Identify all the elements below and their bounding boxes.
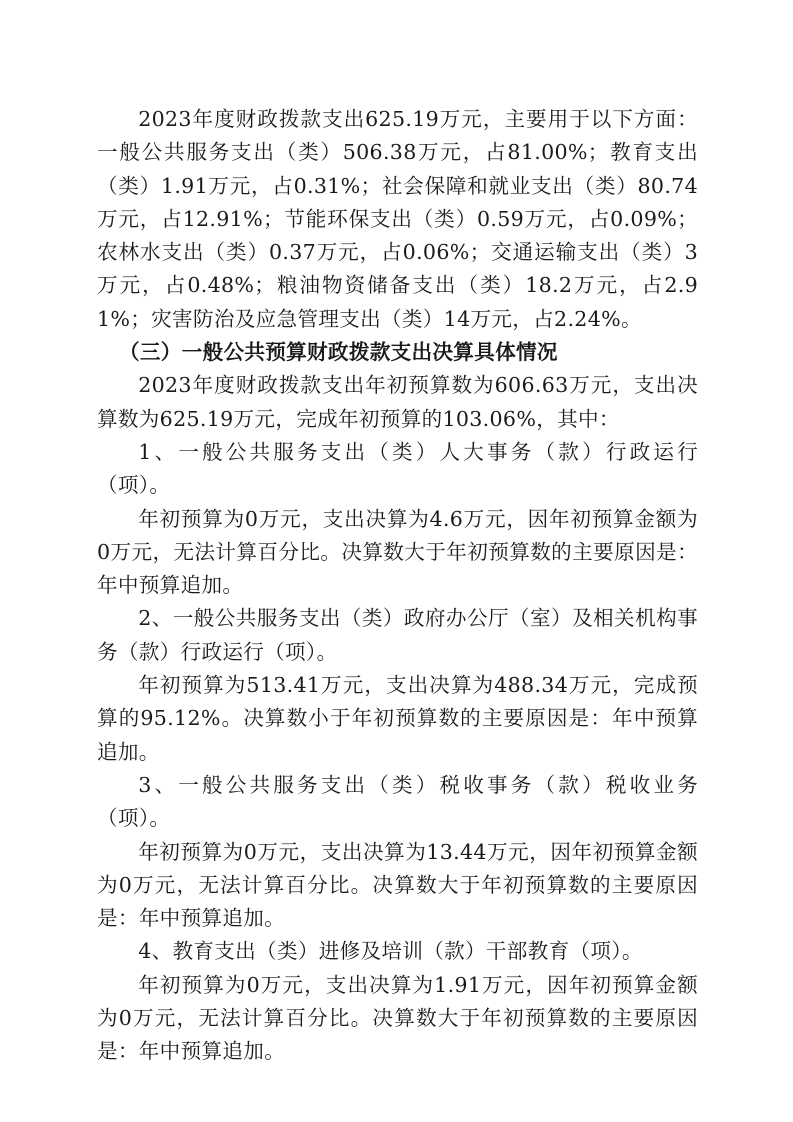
document-page: 2023年度财政拨款支出625.19万元，主要用于以下方面：一般公共服务支出（类…	[97, 103, 698, 1069]
item-heading-4: 4、教育支出（类）进修及培训（款）干部教育（项）。	[97, 935, 698, 968]
paragraph-item-1-detail: 年初预算为0万元，支出决算为4.6万元，因年初预算金额为0万元，无法计算百分比。…	[97, 503, 698, 603]
paragraph-expenditure-summary: 2023年度财政拨款支出625.19万元，主要用于以下方面：一般公共服务支出（类…	[97, 103, 698, 336]
item-heading-1: 1、一般公共服务支出（类）人大事务（款）行政运行（项）。	[97, 436, 698, 503]
paragraph-item-2-detail: 年初预算为513.41万元，支出决算为488.34万元，完成预算的95.12%。…	[97, 669, 698, 769]
paragraph-item-3-detail: 年初预算为0万元，支出决算为13.44万元，因年初预算金额为0万元，无法计算百分…	[97, 836, 698, 936]
section-heading-general-budget-details: （三）一般公共预算财政拨款支出决算具体情况	[97, 336, 698, 369]
item-heading-2: 2、一般公共服务支出（类）政府办公厅（室）及相关机构事务（款）行政运行（项）。	[97, 602, 698, 669]
paragraph-budget-overview: 2023年度财政拨款支出年初预算数为606.63万元，支出决算数为625.19万…	[97, 369, 698, 436]
paragraph-item-4-detail: 年初预算为0万元，支出决算为1.91万元，因年初预算金额为0万元，无法计算百分比…	[97, 969, 698, 1069]
item-heading-3: 3、一般公共服务支出（类）税收事务（款）税收业务（项）。	[97, 769, 698, 836]
